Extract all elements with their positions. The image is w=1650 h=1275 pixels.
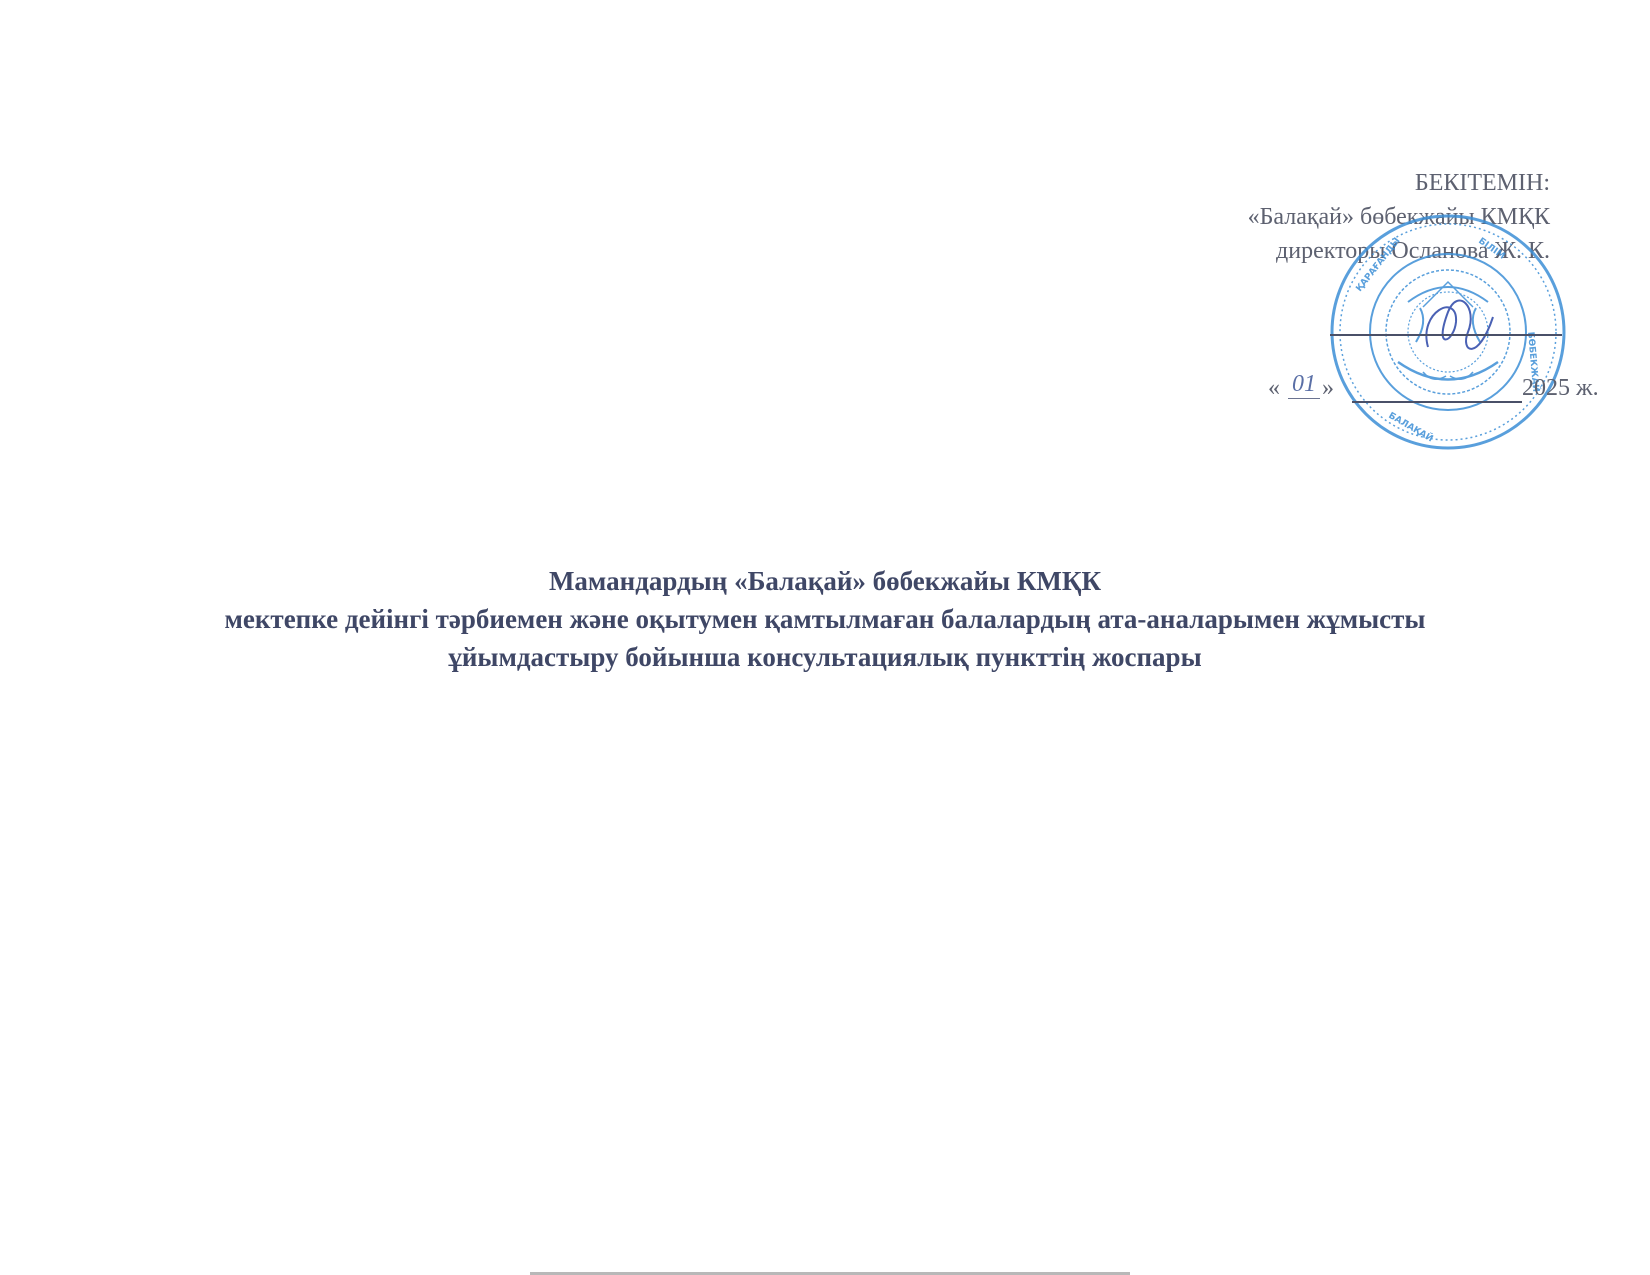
title-line-2: мектепке дейінгі тәрбиемен және оқытумен… bbox=[0, 600, 1650, 638]
date-open-quote: « bbox=[1268, 375, 1280, 402]
approval-block: БЕКІТЕМІН: «Балақай» бөбекжайы КМҚК дире… bbox=[1248, 166, 1550, 268]
title-line-3: ұйымдастыру бойынша консультациялық пунк… bbox=[0, 638, 1650, 676]
date-close-quote: » bbox=[1322, 375, 1334, 402]
svg-text:БАЛАҚАЙ: БАЛАҚАЙ bbox=[1387, 409, 1436, 444]
approval-heading: БЕКІТЕМІН: bbox=[1248, 166, 1550, 200]
approval-director: директоры Осланова Ж. К. bbox=[1248, 234, 1550, 268]
date-year: 2025 ж. bbox=[1522, 375, 1599, 402]
approval-organization: «Балақай» бөбекжайы КМҚК bbox=[1248, 200, 1550, 234]
date-month-line bbox=[1352, 401, 1522, 403]
approval-date: « 01 » 2025 ж. bbox=[1268, 375, 1640, 409]
signature-line bbox=[1330, 334, 1562, 336]
title-line-1: Мамандардың «Балақай» бөбекжайы КМҚК bbox=[0, 562, 1650, 600]
date-day: 01 bbox=[1288, 371, 1320, 399]
document-title: Мамандардың «Балақай» бөбекжайы КМҚК мек… bbox=[0, 562, 1650, 676]
